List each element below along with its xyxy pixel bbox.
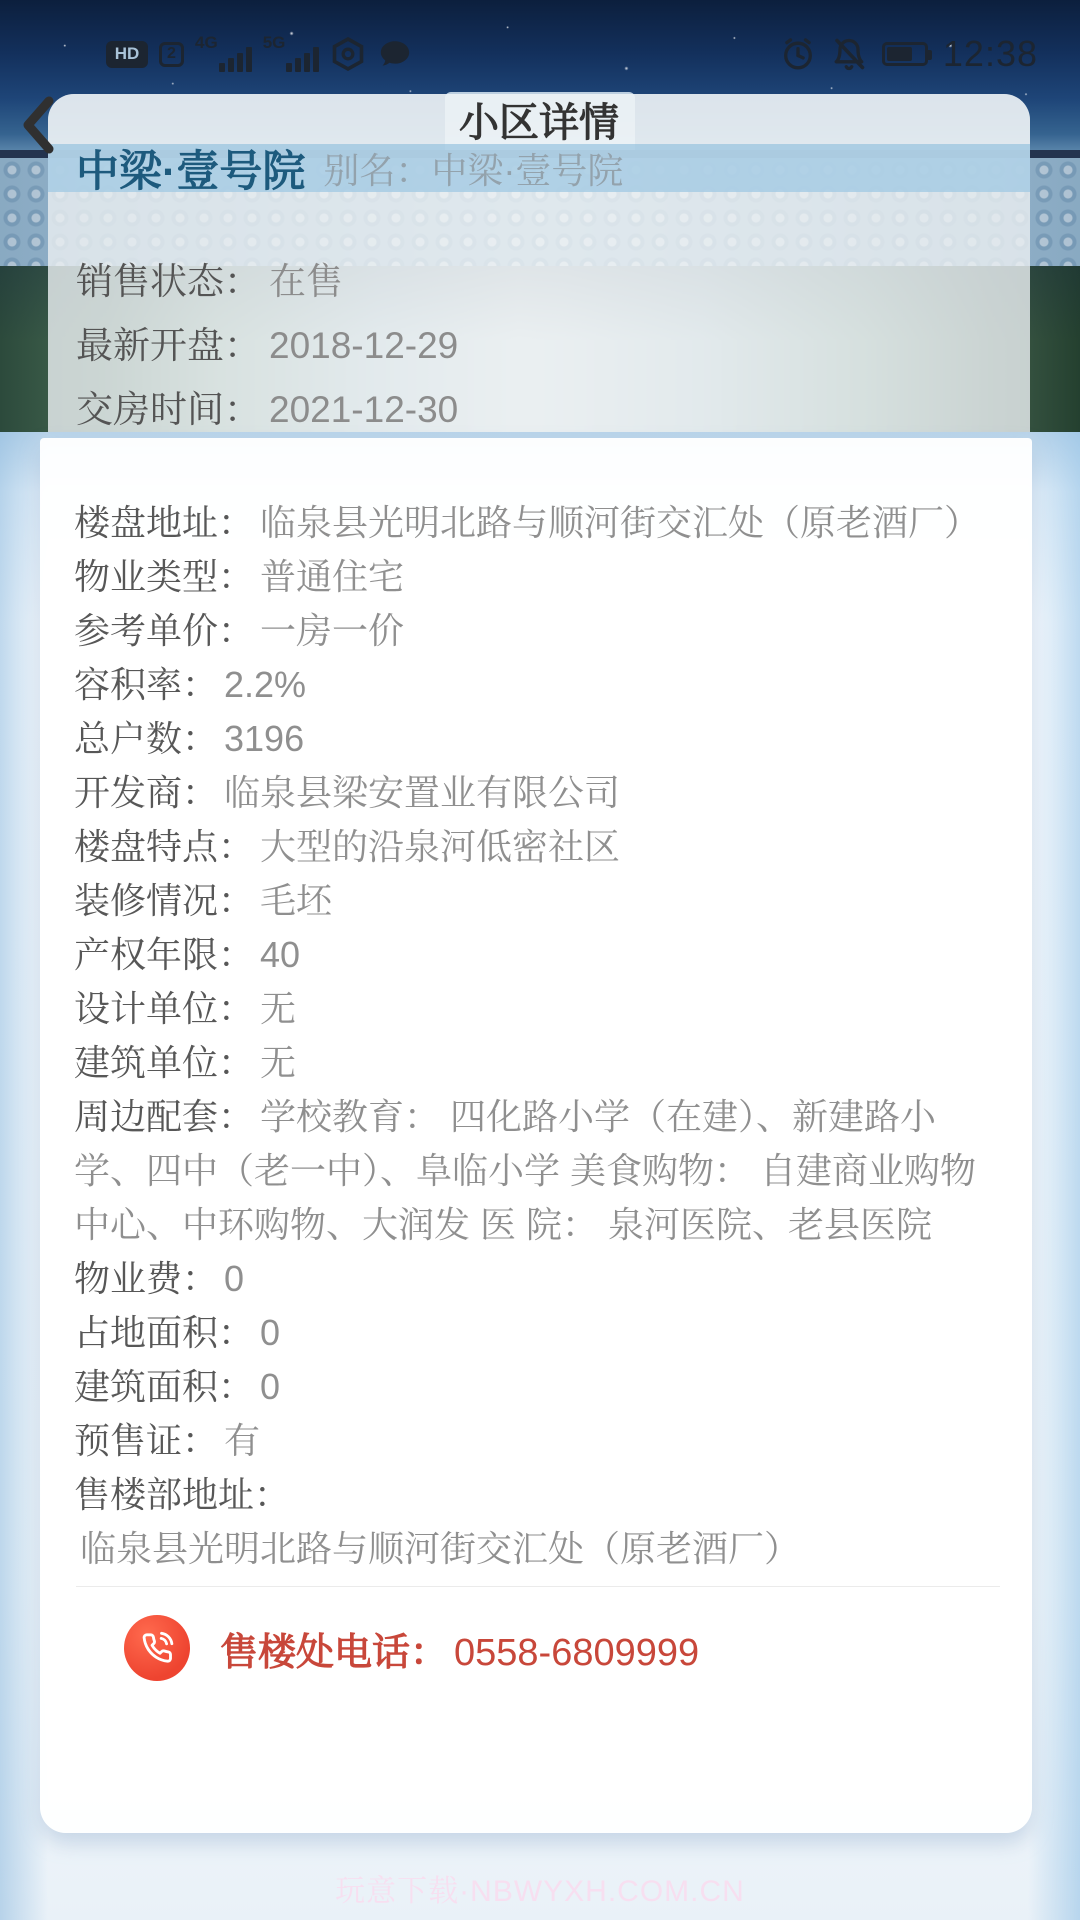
screen: HD 2 4G 5G <box>0 0 1080 1920</box>
hexagon-icon <box>330 36 366 72</box>
signal-4g-icon: 4G <box>195 36 252 72</box>
watermark-text: 玩意下载·NBWYXH.COM.CN <box>0 1866 1080 1910</box>
summary-label: 销售状态： <box>76 261 261 302</box>
sales-phone-button[interactable]: 售楼处电话：0558-6809999 <box>74 1615 1004 1681</box>
summary-label: 最新开盘： <box>76 325 261 366</box>
detail-row: 容积率：2.2% <box>74 658 1004 712</box>
network-5g-label: 5G <box>263 34 286 51</box>
detail-row: 产权年限：40 <box>74 928 1004 982</box>
chevron-left-icon <box>20 96 56 154</box>
detail-value: 0 <box>224 1258 244 1299</box>
battery-level <box>887 47 912 61</box>
community-alias: 别名：中梁·壹号院 <box>323 143 623 194</box>
detail-row: 楼盘地址：临泉县光明北路与顺河街交汇处（原老酒厂） <box>74 496 1004 550</box>
signal-5g-icon: 5G <box>263 36 320 72</box>
alarm-clock-icon <box>780 36 816 72</box>
summary-value: 2021-12-30 <box>269 389 458 430</box>
detail-row: 建筑面积：0 <box>74 1360 1004 1414</box>
detail-label: 物业费： <box>74 1258 218 1299</box>
summary-row: 交房时间：2021-12-30 <box>76 378 1030 432</box>
summary-row: 最新开盘：2018-12-29 <box>76 314 1030 378</box>
detail-label: 建筑单位： <box>74 1042 254 1083</box>
signal-bars-icon <box>286 36 319 72</box>
detail-label: 开发商： <box>74 772 218 813</box>
community-name-row: 中梁·壹号院 别名：中梁·壹号院 <box>48 144 1030 192</box>
details-card: 楼盘地址：临泉县光明北路与顺河街交汇处（原老酒厂） 物业类型：普通住宅 参考单价… <box>40 438 1032 1833</box>
detail-value: 有 <box>224 1420 260 1461</box>
back-button[interactable] <box>16 94 60 156</box>
divider <box>76 1586 1000 1587</box>
detail-value: 40 <box>260 934 300 975</box>
signal-bars-icon <box>219 36 252 72</box>
detail-label: 建筑面积： <box>74 1366 254 1407</box>
detail-label: 总户数： <box>74 718 218 759</box>
detail-row: 占地面积：0 <box>74 1306 1004 1360</box>
hd-volte-icon: HD <box>106 41 148 68</box>
detail-label: 容积率： <box>74 664 218 705</box>
detail-row: 售楼部地址：临泉县光明北路与顺河街交汇处（原老酒厂） <box>74 1468 1004 1576</box>
detail-label: 楼盘特点： <box>74 826 254 867</box>
detail-value: 0 <box>260 1312 280 1353</box>
detail-value: 3196 <box>224 718 304 759</box>
detail-label: 楼盘地址： <box>74 502 254 543</box>
detail-label: 参考单价： <box>74 610 254 651</box>
detail-value: 临泉县光明北路与顺河街交汇处（原老酒厂） <box>260 502 980 543</box>
summary-value: 2018-12-29 <box>269 325 458 366</box>
battery-tip <box>928 50 932 60</box>
detail-row: 物业类型：普通住宅 <box>74 550 1004 604</box>
detail-label: 物业类型： <box>74 556 254 597</box>
summary-card: 小区详情 中梁·壹号院 别名：中梁·壹号院 销售状态：在售 最新开盘：2018-… <box>48 94 1030 432</box>
phone-label: 售楼处电话： <box>220 1632 448 1674</box>
clock-time: 12:38 <box>943 33 1038 75</box>
detail-row: 总户数：3196 <box>74 712 1004 766</box>
detail-label: 设计单位： <box>74 988 254 1029</box>
sim2-icon: 2 <box>159 42 184 67</box>
network-4g-label: 4G <box>195 34 218 51</box>
page-title: 小区详情 <box>459 94 619 148</box>
detail-label: 装修情况： <box>74 880 254 921</box>
phone-circle <box>124 1615 190 1681</box>
detail-value: 无 <box>260 1042 296 1083</box>
phone-number: 0558-6809999 <box>454 1632 699 1674</box>
phone-icon <box>139 1630 175 1666</box>
detail-row: 参考单价：一房一价 <box>74 604 1004 658</box>
detail-value: 0 <box>260 1366 280 1407</box>
community-name: 中梁·壹号院 <box>76 138 305 199</box>
detail-label: 占地面积： <box>74 1312 254 1353</box>
detail-value: 毛坯 <box>260 880 332 921</box>
summary-label: 交房时间： <box>76 389 261 430</box>
summary-row: 销售状态：在售 <box>76 250 1030 314</box>
battery-icon <box>882 42 928 66</box>
chat-bubble-icon <box>377 37 413 71</box>
detail-value: 无 <box>260 988 296 1029</box>
detail-row: 设计单位：无 <box>74 982 1004 1036</box>
status-bar: HD 2 4G 5G <box>0 26 1080 82</box>
detail-value: 大型的沿泉河低密社区 <box>260 826 620 867</box>
detail-label: 产权年限： <box>74 934 254 975</box>
detail-row: 楼盘特点：大型的沿泉河低密社区 <box>74 820 1004 874</box>
detail-value: 临泉县梁安置业有限公司 <box>224 772 620 813</box>
detail-row: 装修情况：毛坯 <box>74 874 1004 928</box>
app-header: 小区详情 <box>48 94 1030 144</box>
detail-value: 临泉县光明北路与顺河街交汇处（原老酒厂） <box>80 1528 800 1569</box>
status-bar-left: HD 2 4G 5G <box>106 36 413 72</box>
detail-value: 普通住宅 <box>260 556 404 597</box>
detail-row: 预售证：有 <box>74 1414 1004 1468</box>
detail-label: 预售证： <box>74 1420 218 1461</box>
status-bar-right: 12:38 <box>780 33 1038 75</box>
detail-label: 售楼部地址： <box>74 1474 290 1515</box>
detail-rows: 楼盘地址：临泉县光明北路与顺河街交汇处（原老酒厂） 物业类型：普通住宅 参考单价… <box>74 496 1004 1576</box>
summary-rows: 销售状态：在售 最新开盘：2018-12-29 交房时间：2021-12-30 <box>48 192 1030 432</box>
detail-label: 周边配套： <box>74 1096 254 1137</box>
detail-row: 建筑单位：无 <box>74 1036 1004 1090</box>
detail-value: 2.2% <box>224 664 306 705</box>
detail-value: 一房一价 <box>260 610 404 651</box>
detail-row: 开发商：临泉县梁安置业有限公司 <box>74 766 1004 820</box>
bell-muted-icon <box>831 36 867 72</box>
detail-row: 物业费：0 <box>74 1252 1004 1306</box>
detail-row: 周边配套：学校教育： 四化路小学（在建）、新建路小学、四中（老一中）、阜临小学 … <box>74 1090 1004 1252</box>
phone-label-wrap: 售楼处电话：0558-6809999 <box>220 1621 699 1676</box>
summary-value: 在售 <box>269 261 343 302</box>
